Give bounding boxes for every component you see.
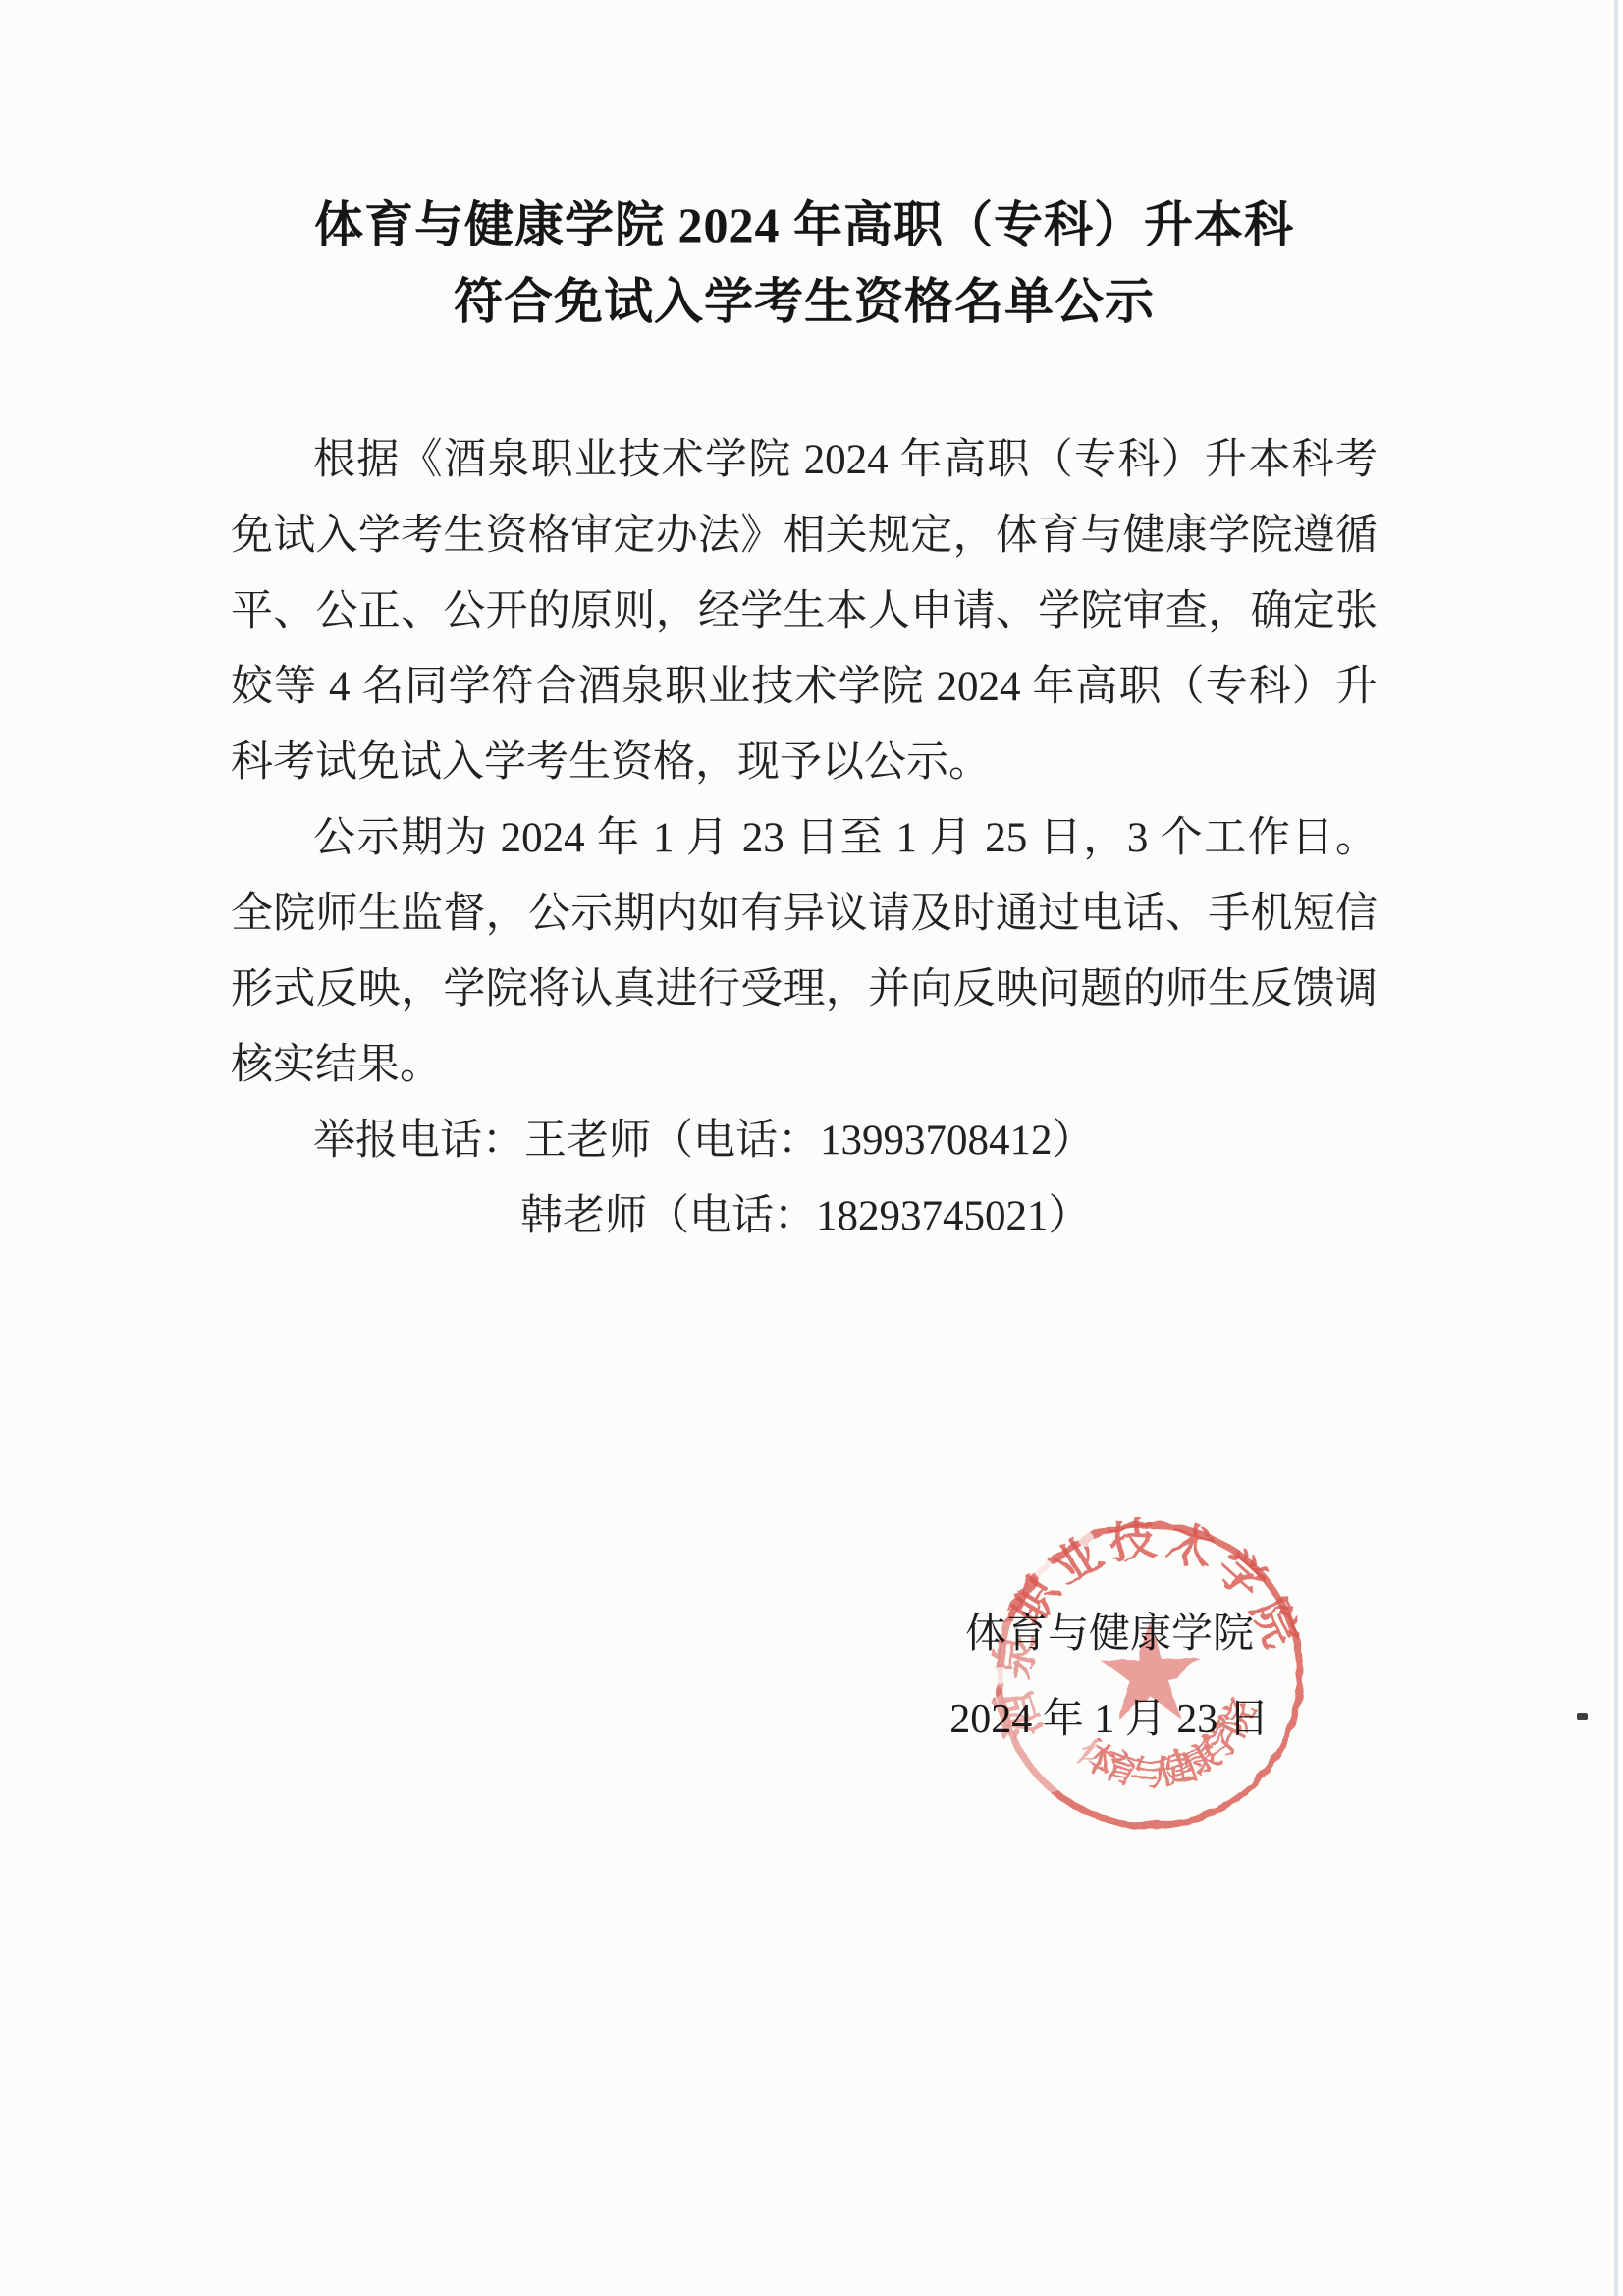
body-line: 核实结果。 [231,1027,1378,1103]
document-title: 体育与健康学院 2024 年高职（专科）升本科 符合免试入学考生资格名单公示 [231,187,1378,340]
ink-speck [1577,1713,1588,1720]
signature-date: 2024 年 1 月 23 日 [864,1677,1355,1763]
document-body: 根据《酒泉职业技术学院 2024 年高职（专科）升本科考试 免试入学考生资格审定… [231,422,1378,1254]
signature-block: 体育与健康学院 2024 年 1 月 23 日 [864,1592,1355,1763]
hotline-line-wang: 举报电话：王老师（电话：13993708412） [231,1103,1378,1178]
seal-ink-gap [1034,1559,1054,1579]
body-line: 全院师生监督，公示期内如有异议请及时通过电话、手机短信等 [231,876,1378,952]
body-line: 根据《酒泉职业技术学院 2024 年高职（专科）升本科考试 [231,422,1378,498]
body-line: 公示期为 2024 年 1 月 23 日至 1 月 25 日，3 个工作日。请 [231,800,1378,876]
title-line-1: 体育与健康学院 2024 年高职（专科）升本科 [231,187,1378,263]
seal-ink-gap [1078,1531,1094,1547]
scanned-document-page: 体育与健康学院 2024 年高职（专科）升本科 符合免试入学考生资格名单公示 根… [0,0,1623,2296]
scan-edge-line [1614,0,1618,2296]
body-line: 免试入学考生资格审定办法》相关规定，体育与健康学院遵循公 [231,498,1378,574]
hotline-line-han: 韩老师（电话：18293745021） [231,1178,1378,1254]
signature-org: 体育与健康学院 [864,1592,1355,1677]
title-line-2: 符合免试入学考生资格名单公示 [231,263,1378,340]
body-line: 姣等 4 名同学符合酒泉职业技术学院 2024 年高职（专科）升本 [231,649,1378,725]
body-line: 平、公正、公开的原则，经学生本人申请、学院审查，确定张姣 [231,574,1378,649]
body-line: 形式反映，学院将认真进行受理，并向反映问题的师生反馈调查 [231,952,1378,1027]
body-line: 科考试免试入学考生资格，现予以公示。 [231,725,1378,800]
